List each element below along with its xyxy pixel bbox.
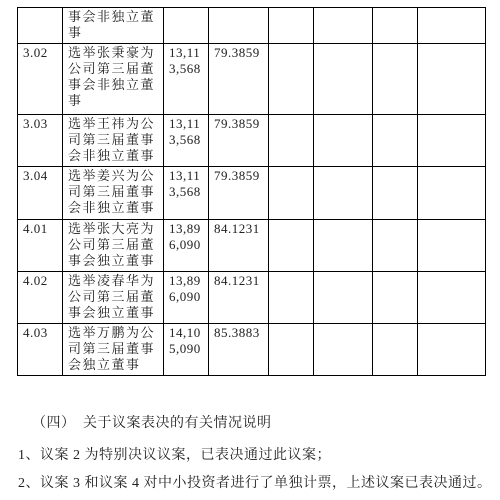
empty-cell <box>373 115 418 167</box>
table-row: 3.02 选举张秉豪为 公司第三届董 事会非独立董 事 13,11 3,568 … <box>18 44 486 115</box>
note-item-2: 2、议案 3 和议案 4 对中小投资者进行了单独计票，上述议案已表决通过。 <box>18 475 492 493</box>
proposal-desc-cell: 选举万鹏为公 司第三届董事 会独立董事 <box>63 324 164 376</box>
proposal-id-cell: 3.03 <box>18 115 63 167</box>
votes-cell: 13,11 3,568 <box>164 44 209 115</box>
proposal-desc-cell: 选举凌春华为 公司第三届董 事会独立董事 <box>63 272 164 324</box>
empty-cell <box>269 324 314 376</box>
percent-cell <box>209 8 269 44</box>
empty-cell <box>314 8 373 44</box>
percent-cell: 79.3859 <box>209 115 269 167</box>
empty-cell <box>418 167 486 220</box>
votes-cell: 14,10 5,090 <box>164 324 209 376</box>
table-row: 3.04 选举姜兴为公 司第三届董事 会非独立董事 13,11 3,568 79… <box>18 167 486 220</box>
document-page: { "table": { "rows": [ { "id": "", "desc… <box>0 0 500 500</box>
empty-cell <box>314 167 373 220</box>
note-item-1: 1、议案 2 为特别决议议案，已表决通过此议案； <box>18 447 331 465</box>
empty-cell <box>269 8 314 44</box>
proposal-id-cell: 3.02 <box>18 44 63 115</box>
table-row: 4.01 选举张大亮为 公司第三届董 事会独立董事 13,89 6,090 84… <box>18 220 486 272</box>
percent-cell: 84.1231 <box>209 220 269 272</box>
table-row: 4.02 选举凌春华为 公司第三届董 事会独立董事 13,89 6,090 84… <box>18 272 486 324</box>
empty-cell <box>314 220 373 272</box>
empty-cell <box>314 324 373 376</box>
proposal-desc-cell: 选举张秉豪为 公司第三届董 事会非独立董 事 <box>63 44 164 115</box>
table-row: 3.03 选举王祎为公 司第三届董事 会非独立董事 13,11 3,568 79… <box>18 115 486 167</box>
percent-cell: 84.1231 <box>209 272 269 324</box>
proposal-id-cell: 3.04 <box>18 167 63 220</box>
proposal-id-cell: 4.01 <box>18 220 63 272</box>
empty-cell <box>314 115 373 167</box>
votes-cell: 13,11 3,568 <box>164 167 209 220</box>
voting-results-table: 事会非独立董 事 3.02 选举张秉豪为 公司第三届董 事会非独立董 事 13,… <box>17 7 486 376</box>
empty-cell <box>418 8 486 44</box>
percent-cell: 85.3883 <box>209 324 269 376</box>
empty-cell <box>269 220 314 272</box>
proposal-desc-cell: 选举姜兴为公 司第三届董事 会非独立董事 <box>63 167 164 220</box>
empty-cell <box>418 220 486 272</box>
empty-cell <box>373 44 418 115</box>
proposal-desc-cell: 选举张大亮为 公司第三届董 事会独立董事 <box>63 220 164 272</box>
empty-cell <box>418 44 486 115</box>
votes-cell: 13,89 6,090 <box>164 220 209 272</box>
proposal-desc-cell: 事会非独立董 事 <box>63 8 164 44</box>
empty-cell <box>373 8 418 44</box>
empty-cell <box>373 167 418 220</box>
empty-cell <box>418 115 486 167</box>
empty-cell <box>269 272 314 324</box>
empty-cell <box>418 324 486 376</box>
empty-cell <box>373 272 418 324</box>
empty-cell <box>269 115 314 167</box>
empty-cell <box>373 324 418 376</box>
table-row: 4.03 选举万鹏为公 司第三届董事 会独立董事 14,10 5,090 85.… <box>18 324 486 376</box>
percent-cell: 79.3859 <box>209 44 269 115</box>
table-row-continuation: 事会非独立董 事 <box>18 8 486 44</box>
empty-cell <box>269 167 314 220</box>
proposal-id-cell: 4.02 <box>18 272 63 324</box>
empty-cell <box>373 220 418 272</box>
proposal-desc-cell: 选举王祎为公 司第三届董事 会非独立董事 <box>63 115 164 167</box>
votes-cell <box>164 8 209 44</box>
votes-cell: 13,89 6,090 <box>164 272 209 324</box>
empty-cell <box>314 272 373 324</box>
proposal-id-cell: 4.03 <box>18 324 63 376</box>
votes-cell: 13,11 3,568 <box>164 115 209 167</box>
section-heading: （四） 关于议案表决的有关情况说明 <box>32 415 272 433</box>
empty-cell <box>269 44 314 115</box>
proposal-id-cell <box>18 8 63 44</box>
empty-cell <box>314 44 373 115</box>
percent-cell: 79.3859 <box>209 167 269 220</box>
empty-cell <box>418 272 486 324</box>
